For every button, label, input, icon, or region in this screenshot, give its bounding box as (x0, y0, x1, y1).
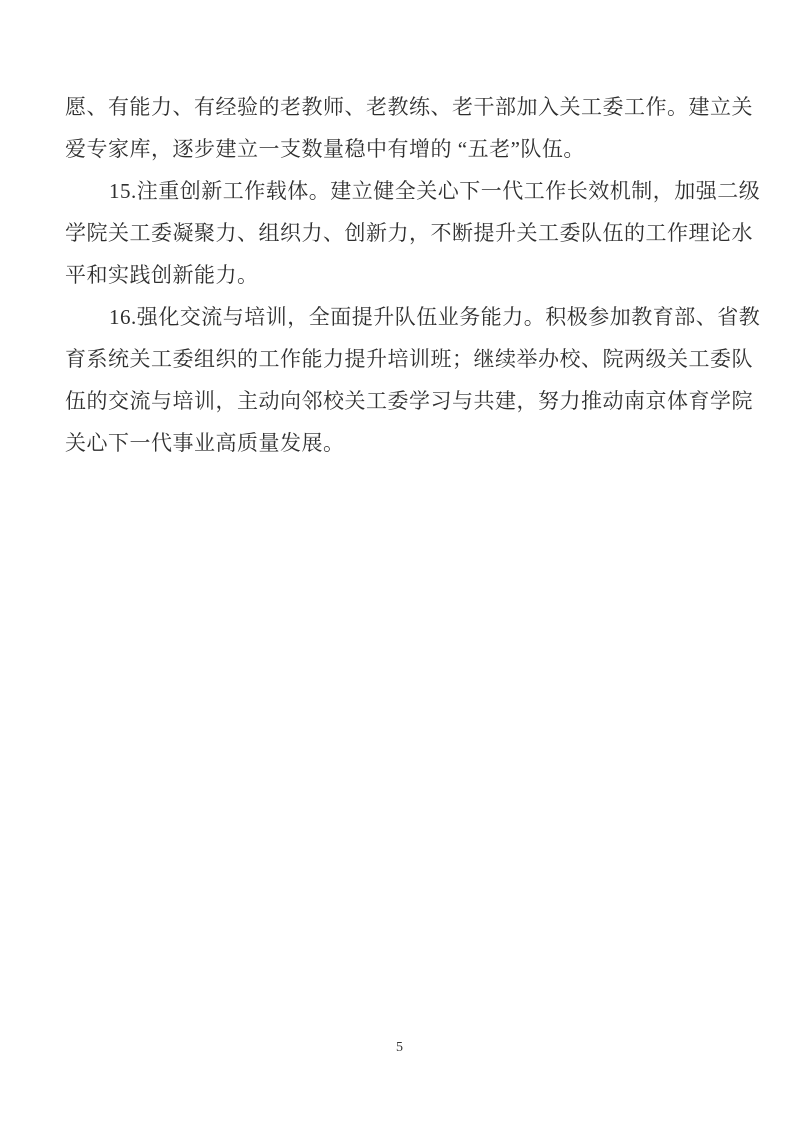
text-line: 爱专家库，逐步建立一支数量稳中有增的 “五老”队伍。 (65, 128, 743, 170)
text-line: 平和实践创新能力。 (65, 254, 743, 296)
page-footer: 5 (0, 1038, 799, 1056)
document-page: 愿、有能力、有经验的老教师、老教练、老干部加入关工委工作。建立关爱专家库，逐步建… (0, 0, 799, 1131)
text-line: 16.强化交流与培训，全面提升队伍业务能力。积极参加教育部、省教 (65, 296, 743, 338)
text-line: 关心下一代事业高质量发展。 (65, 422, 743, 464)
text-line: 学院关工委凝聚力、组织力、创新力，不断提升关工委队伍的工作理论水 (65, 212, 743, 254)
text-line: 15.注重创新工作载体。建立健全关心下一代工作长效机制，加强二级 (65, 170, 743, 212)
text-line: 育系统关工委组织的工作能力提升培训班；继续举办校、院两级关工委队 (65, 338, 743, 380)
page-number: 5 (396, 1040, 403, 1055)
text-line: 伍的交流与培训，主动向邻校关工委学习与共建，努力推动南京体育学院 (65, 380, 743, 422)
document-body: 愿、有能力、有经验的老教师、老教练、老干部加入关工委工作。建立关爱专家库，逐步建… (65, 86, 743, 464)
text-line: 愿、有能力、有经验的老教师、老教练、老干部加入关工委工作。建立关 (65, 86, 743, 128)
